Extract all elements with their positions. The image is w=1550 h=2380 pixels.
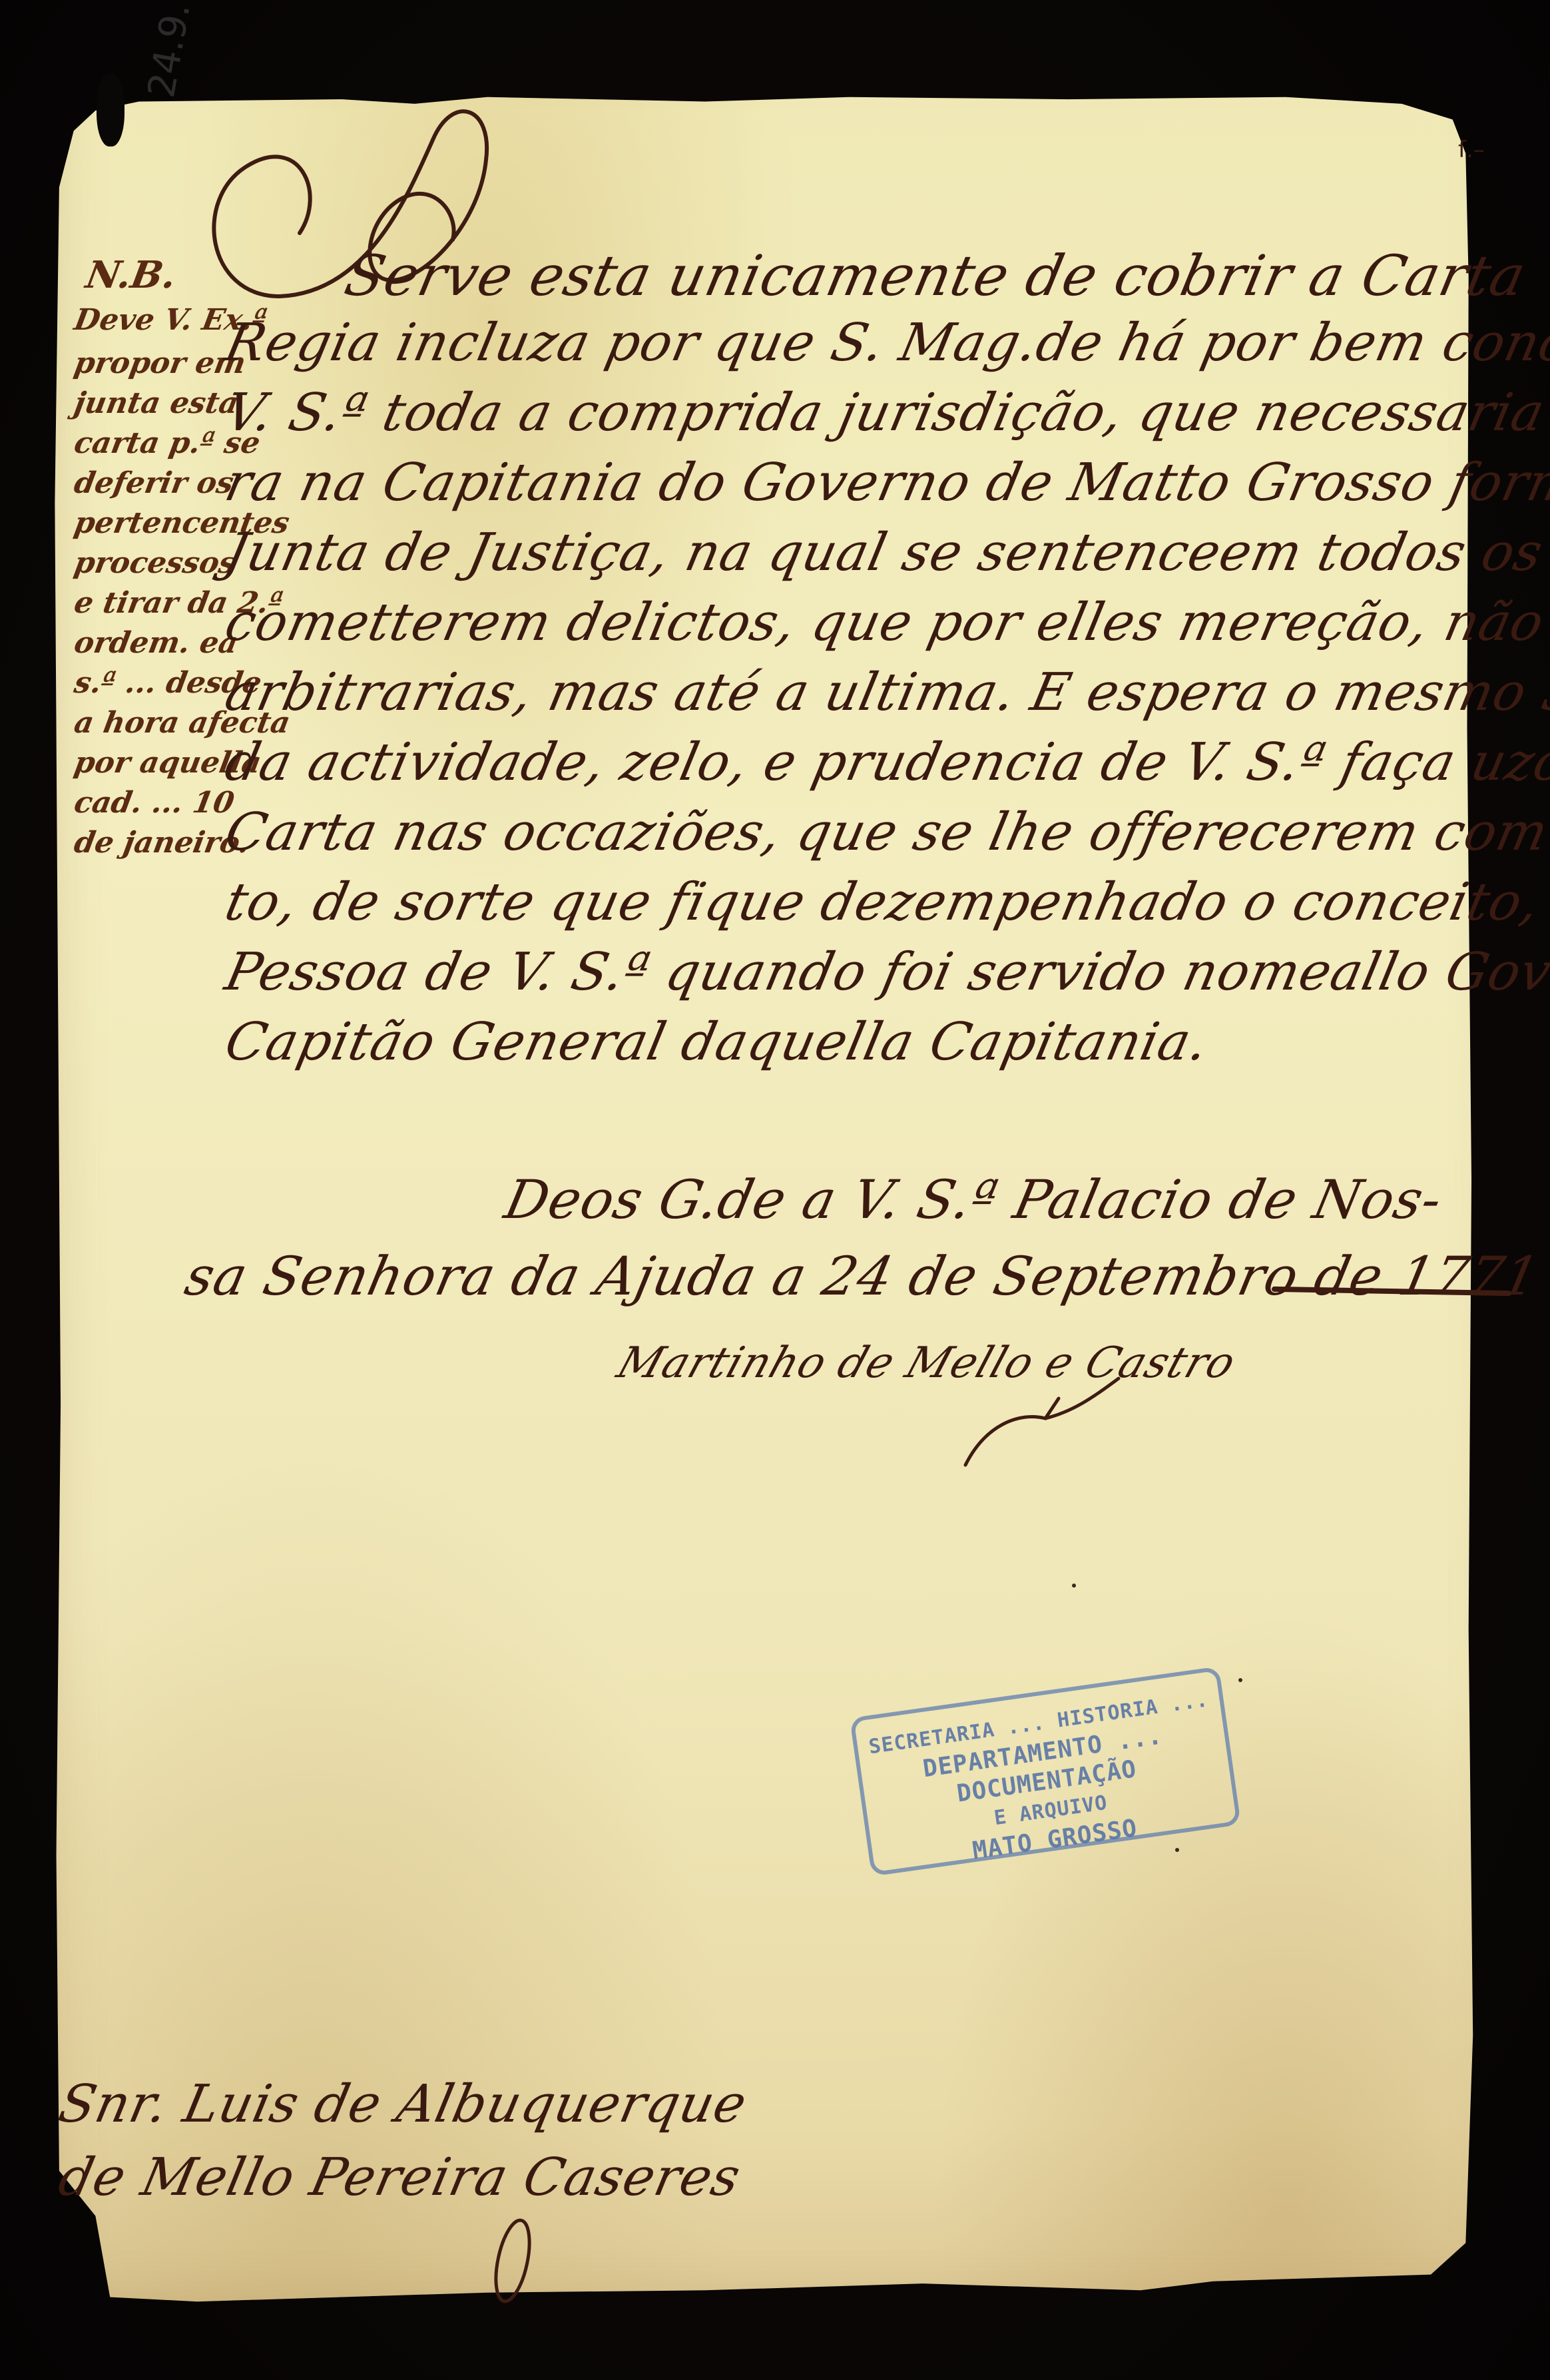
- addressee-line: de Mello Pereira Caseres: [53, 2148, 746, 2208]
- body-line: V. S.ª toda a comprida jurisdição, que n…: [220, 383, 1550, 443]
- body-line: Junta de Justiça, na qual se sentenceem …: [220, 523, 1550, 583]
- ink-speck: [1072, 1584, 1076, 1588]
- addressee-line: Snr. Luis de Albuquerque: [53, 2074, 752, 2134]
- body-line: ra na Capitania do Governo de Matto Gros…: [220, 453, 1550, 513]
- signature: Martinho de Mello e Castro: [611, 1339, 1242, 1388]
- ink-speck: [1175, 1848, 1179, 1852]
- margin-note-line: deferir os: [72, 466, 236, 500]
- punched-hole: [97, 73, 125, 147]
- margin-note-line: N.B.: [83, 253, 180, 297]
- body-line: da actividade, zelo, e prudencia de V. S…: [220, 733, 1550, 792]
- ink-speck: [1238, 1678, 1242, 1682]
- addressee-flourish-icon: [486, 2211, 539, 2311]
- body-line: Capitão General daquella Capitania.: [220, 1012, 1214, 1072]
- body-line: Regia incluza por que S. Mag.de há por b…: [220, 313, 1550, 373]
- margin-note-line: cad. ... 10: [72, 786, 237, 820]
- body-line: Pessoa de V. S.ª quando foi servido nome…: [220, 942, 1550, 1002]
- margin-note-line: processos: [72, 546, 239, 580]
- body-line: Serve esta unicamente de cobrir a Carta: [340, 243, 1532, 308]
- closing-line: Deos G.de a V. S.ª Palacio de Nos-: [499, 1169, 1447, 1231]
- margin-note-line: junta esta: [72, 386, 242, 420]
- closing-line: sa Senhora da Ajuda a 24 de Septembro de…: [180, 1245, 1545, 1307]
- body-line: cometterem delictos, que por elles mereç…: [220, 593, 1550, 653]
- margin-note-line: ordem. ea: [72, 626, 241, 660]
- body-line: Carta nas occaziões, que se lhe offerece…: [220, 802, 1550, 862]
- corner-mark: ſ.–: [1458, 137, 1485, 163]
- body-line: to, de sorte que fique dezempenhado o co…: [220, 872, 1550, 932]
- body-line: arbitrarias, mas até a ultima. E espera …: [220, 663, 1550, 723]
- signature-flourish-icon: [959, 1372, 1132, 1472]
